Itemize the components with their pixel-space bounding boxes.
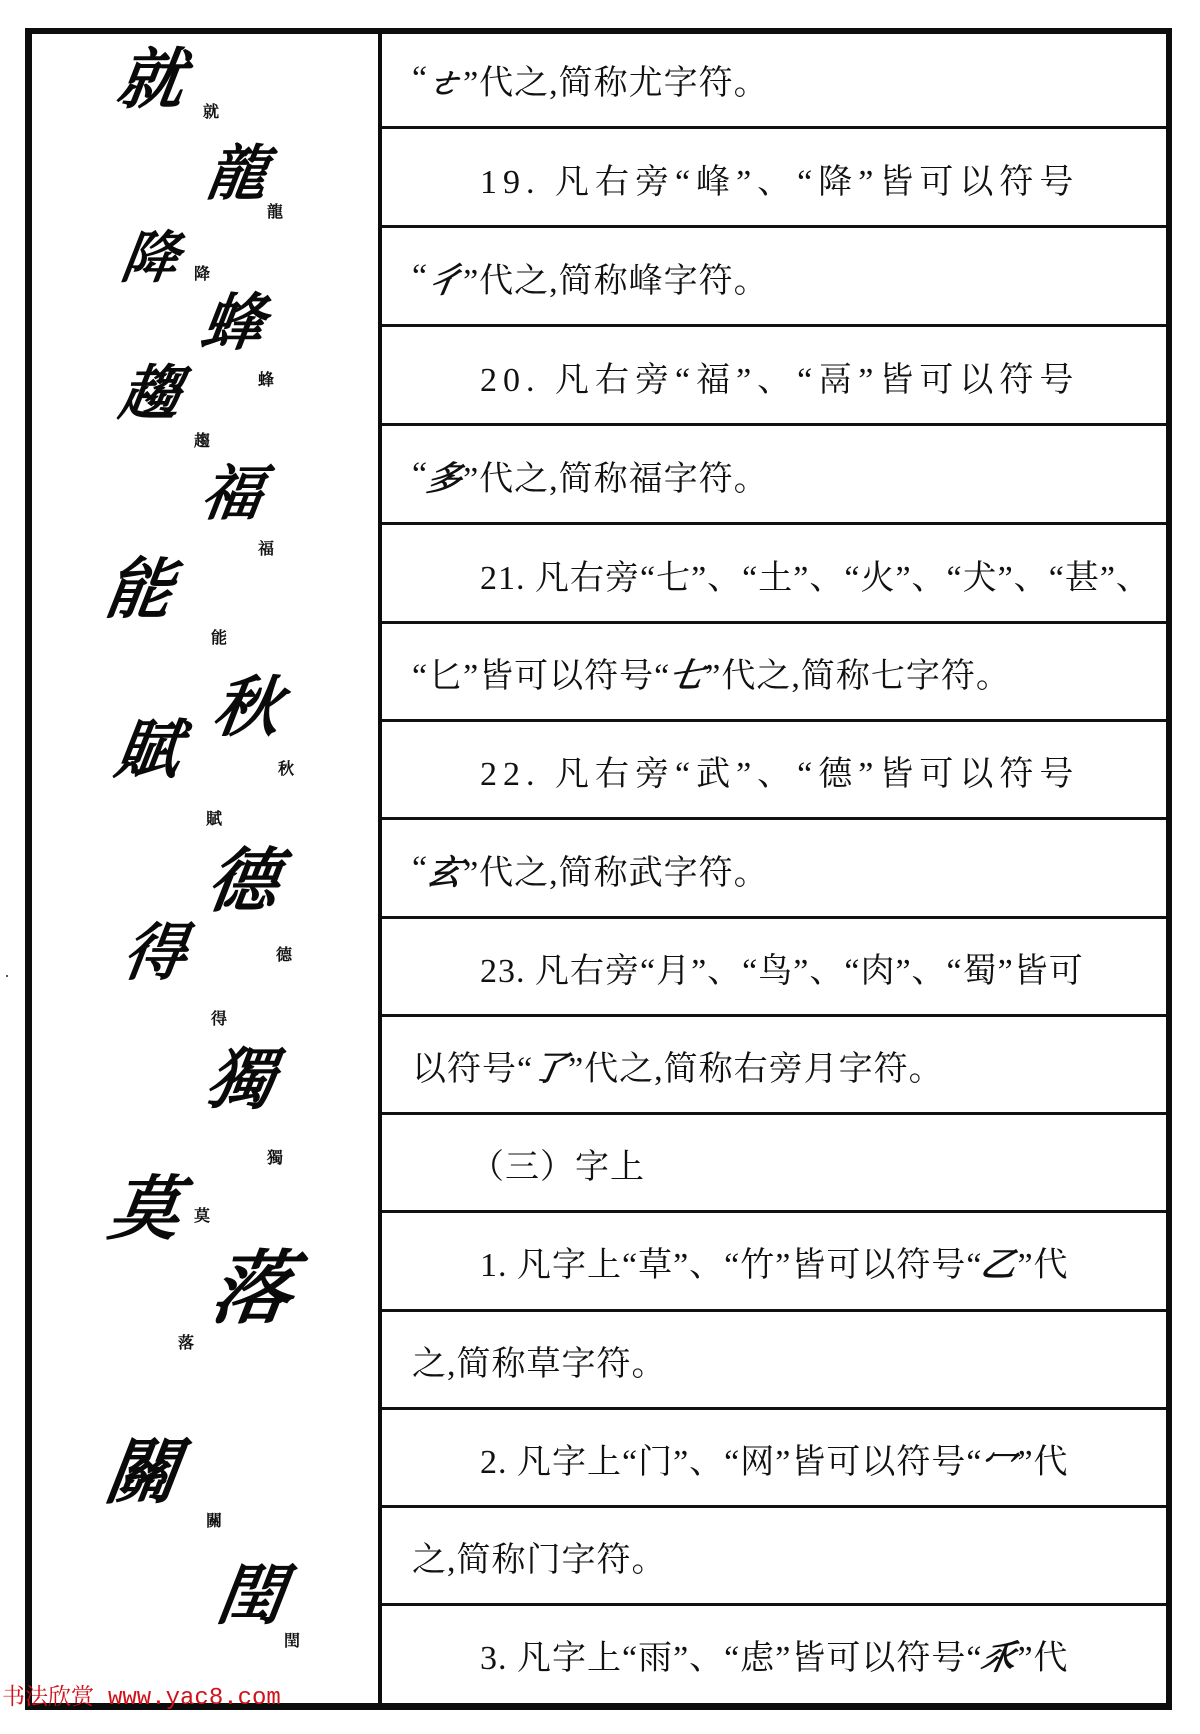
cursive-glyph: 得 xyxy=(120,922,187,984)
glyph-label: 賦 xyxy=(206,811,222,827)
row-text: ”代 xyxy=(1017,1630,1068,1679)
row-text: 22. 凡右旁“武”、“德”皆可以符号 xyxy=(480,746,1079,795)
glyph-label: 閏 xyxy=(284,1633,300,1649)
glyph-label: 能 xyxy=(211,630,227,646)
row-text: ”代之,简称右旁月字符。 xyxy=(568,1041,944,1090)
text-row: 之,简称门字符。 xyxy=(382,1507,1166,1605)
glyph-label: 落 xyxy=(178,1335,194,1351)
text-row: “多”代之,简称福字符。 xyxy=(382,426,1166,524)
row-text: ”代 xyxy=(1017,1237,1068,1286)
section-heading: （三）字上 xyxy=(382,1114,1166,1212)
text-row: “彳”代之,简称峰字符。 xyxy=(382,228,1166,326)
glyph-label: 德 xyxy=(276,947,292,963)
cursive-glyph: 閏 xyxy=(213,1562,284,1628)
cursive-glyph: 秋 xyxy=(209,674,280,740)
watermark: 书法欣赏www.yac8.com xyxy=(2,1678,281,1712)
cursive-glyph: 落 xyxy=(206,1248,293,1328)
glyph-label: 關 xyxy=(206,1513,222,1529)
cursive-glyph: 能 xyxy=(101,556,172,622)
glyph-label: 龍 xyxy=(267,204,283,220)
cursive-glyph: 獨 xyxy=(203,1046,274,1112)
glyph-label: 福 xyxy=(258,541,274,557)
glyph-label: 就 xyxy=(203,104,219,120)
glyph-label: 獨 xyxy=(267,1150,283,1166)
cursive-symbol: 了 xyxy=(529,1041,573,1090)
glyph-label: 蜂 xyxy=(258,372,274,388)
row-text: 21. 凡右旁“七”、“土”、“火”、“犬”、“甚”、 xyxy=(480,550,1151,599)
cursive-symbol: 乑 xyxy=(978,1630,1022,1679)
cursive-glyph: 龍 xyxy=(203,144,267,204)
glyph-label: 降 xyxy=(194,266,210,282)
cursive-symbol: 冖 xyxy=(978,1434,1022,1483)
cursive-glyph: 莫 xyxy=(105,1174,181,1244)
text-row: 19. 凡右旁“峰”、“降”皆可以符号 xyxy=(382,129,1166,227)
row-text: 1. 凡字上“草”、“竹”皆可以符号“ xyxy=(480,1237,982,1286)
row-text: ”代之,简称武字符。 xyxy=(463,845,769,894)
text-row: 23. 凡右旁“月”、“鸟”、“肉”、“蜀”皆可 xyxy=(382,918,1166,1016)
row-text: 之,简称草字符。 xyxy=(412,1336,667,1385)
scan-speck xyxy=(6,975,8,977)
text-row: 21. 凡右旁“七”、“土”、“火”、“犬”、“甚”、 xyxy=(382,525,1166,623)
cursive-symbol: 玄 xyxy=(424,845,468,894)
page-frame: 就 就 龍 龍 降 降 蜂 蜂 趨 趨 福 福 能 能 秋 秋 賦 賦 德 德 … xyxy=(25,28,1172,1710)
section-heading-text: （三）字上 xyxy=(470,1139,645,1188)
cursive-glyph: 賦 xyxy=(112,719,181,783)
cursive-glyph: 關 xyxy=(101,1436,179,1508)
text-row: “玄”代之,简称武字符。 xyxy=(382,820,1166,918)
rules-text-column: “ㄜ”代之,简称尤字符。 19. 凡右旁“峰”、“降”皆可以符号 “彳”代之,简… xyxy=(382,34,1166,1703)
row-text: 之,简称门字符。 xyxy=(412,1532,667,1581)
row-text: ”代之,简称福字符。 xyxy=(463,451,769,500)
text-row: 20. 凡右旁“福”、“鬲”皆可以符号 xyxy=(382,327,1166,425)
text-row: 之,简称草字符。 xyxy=(382,1311,1166,1409)
glyph-label: 莫 xyxy=(194,1208,210,1224)
row-text: 19. 凡右旁“峰”、“降”皆可以符号 xyxy=(480,154,1079,203)
cursive-symbol: 七 xyxy=(666,648,710,697)
row-text: 23. 凡右旁“月”、“鸟”、“肉”、“蜀”皆可 xyxy=(480,943,1084,992)
text-row: “匕”皆可以符号“七”代之,简称七字符。 xyxy=(382,623,1166,721)
cursive-glyph: 降 xyxy=(118,230,178,286)
row-text: 以符号“ xyxy=(412,1041,533,1090)
cursive-glyph: 福 xyxy=(198,464,262,524)
row-text: ”代 xyxy=(1017,1434,1068,1483)
row-text: ”代之,简称峰字符。 xyxy=(463,253,769,302)
cursive-symbol: 彳 xyxy=(424,253,468,302)
text-row: 以符号“了”代之,简称右旁月字符。 xyxy=(382,1016,1166,1114)
glyph-label: 得 xyxy=(211,1011,227,1027)
watermark-title: 书法欣赏 xyxy=(2,1684,94,1710)
cursive-symbol: ㄜ xyxy=(424,55,468,104)
cursive-glyph: 趨 xyxy=(116,364,180,424)
row-text: 3. 凡字上“雨”、“虑”皆可以符号“ xyxy=(480,1630,982,1679)
text-row: 3. 凡字上“雨”、“虑”皆可以符号“乑”代 xyxy=(382,1605,1166,1703)
text-row: 1. 凡字上“草”、“竹”皆可以符号“乙”代 xyxy=(382,1212,1166,1310)
row-text: 20. 凡右旁“福”、“鬲”皆可以符号 xyxy=(480,352,1079,401)
cursive-symbol: 乙 xyxy=(978,1237,1022,1286)
row-text: “匕”皆可以符号“ xyxy=(412,648,670,697)
glyph-label: 秋 xyxy=(278,761,294,777)
cursive-glyph: 蜂 xyxy=(198,292,265,354)
text-row: 2. 凡字上“门”、“网”皆可以符号“冖”代 xyxy=(382,1409,1166,1507)
cursive-glyph-column: 就 就 龍 龍 降 降 蜂 蜂 趨 趨 福 福 能 能 秋 秋 賦 賦 德 德 … xyxy=(32,34,378,1703)
watermark-url[interactable]: www.yac8.com xyxy=(108,1685,281,1712)
cursive-symbol: 多 xyxy=(424,451,468,500)
text-row: 22. 凡右旁“武”、“德”皆可以符号 xyxy=(382,721,1166,819)
row-text: 2. 凡字上“门”、“网”皆可以符号“ xyxy=(480,1434,982,1483)
glyph-label: 趨 xyxy=(194,433,210,449)
text-row: “ㄜ”代之,简称尤字符。 xyxy=(382,30,1166,128)
row-text: ”代之,简称七字符。 xyxy=(705,648,1011,697)
row-text: ”代之,简称尤字符。 xyxy=(463,55,769,104)
cursive-glyph: 德 xyxy=(203,846,279,916)
cursive-glyph: 就 xyxy=(113,46,184,112)
